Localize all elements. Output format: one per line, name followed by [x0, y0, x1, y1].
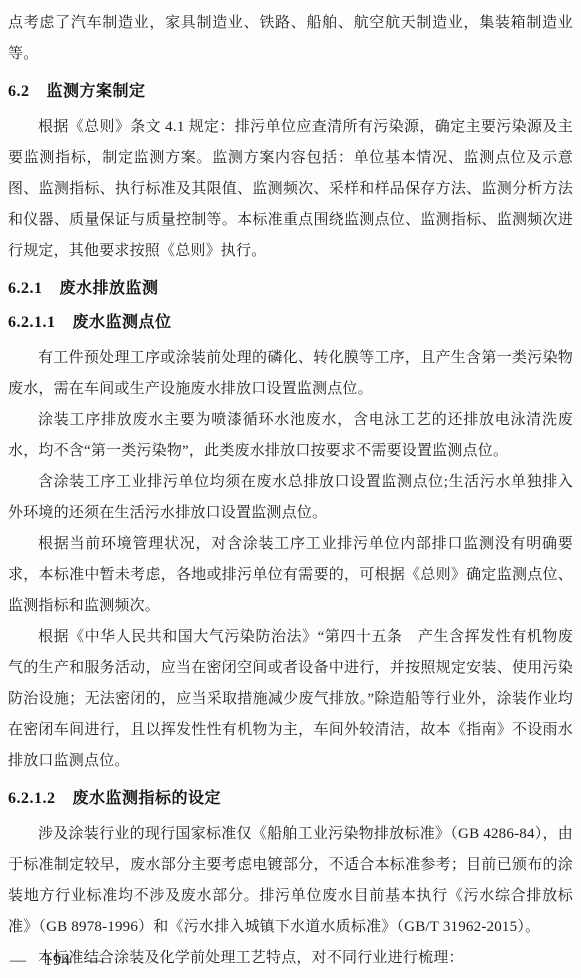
- heading-6-2-number: 6.2: [8, 83, 30, 100]
- heading-6-2: 6.2监测方案制定: [8, 80, 573, 104]
- paragraph-wastewater-points-1: 有工件预处理工序或涂装前处理的磷化、转化膜等工序，且产生含第一类污染物废水，需在…: [8, 343, 573, 405]
- paragraph-standards-reference: 涉及涂装行业的现行国家标准仅《船舶工业污染物排放标准》（GB 4286-84），…: [8, 819, 573, 943]
- paragraph-monitoring-plan: 根据《总则》条文 4.1 规定：排污单位应查清所有污染源，确定主要污染源及主要监…: [8, 112, 573, 267]
- heading-6-2-1-2-title: 废水监测指标的设定: [73, 790, 222, 807]
- paragraph-wastewater-points-3: 含涂装工序工业排污单位均须在废水总排放口设置监测点位;生活污水单独排入外环境的还…: [8, 467, 573, 529]
- paragraph-wastewater-points-4: 根据当前环境管理状况，对含涂装工序工业排污单位内部排口监测没有明确要求，本标准中…: [8, 529, 573, 622]
- page-number: — 194 —: [10, 952, 105, 970]
- heading-6-2-title: 监测方案制定: [47, 83, 146, 100]
- heading-6-2-1-number: 6.2.1: [8, 280, 43, 297]
- heading-6-2-1-1: 6.2.1.1废水监测点位: [8, 311, 573, 335]
- heading-6-2-1-1-title: 废水监测点位: [73, 314, 172, 331]
- heading-6-2-1-title: 废水排放监测: [60, 280, 159, 297]
- heading-6-2-1: 6.2.1废水排放监测: [8, 277, 573, 301]
- heading-6-2-1-2: 6.2.1.2废水监测指标的设定: [8, 787, 573, 811]
- carryover-paragraph: 点考虑了汽车制造业，家具制造业、铁路、船舶、航空航天制造业，集装箱制造业等。: [8, 8, 573, 70]
- paragraph-air-pollution-law: 根据《中华人民共和国大气污染防治法》“第四十五条 产生含挥发性有机物废气的生产和…: [8, 622, 573, 777]
- paragraph-wastewater-points-2: 涂装工序排放废水主要为喷漆循环水池废水，含电泳工艺的还排放电泳清洗废水，均不含“…: [8, 405, 573, 467]
- heading-6-2-1-1-number: 6.2.1.1: [8, 314, 56, 331]
- document-page: 点考虑了汽车制造业，家具制造业、铁路、船舶、航空航天制造业，集装箱制造业等。 6…: [0, 0, 581, 978]
- heading-6-2-1-2-number: 6.2.1.2: [8, 790, 56, 807]
